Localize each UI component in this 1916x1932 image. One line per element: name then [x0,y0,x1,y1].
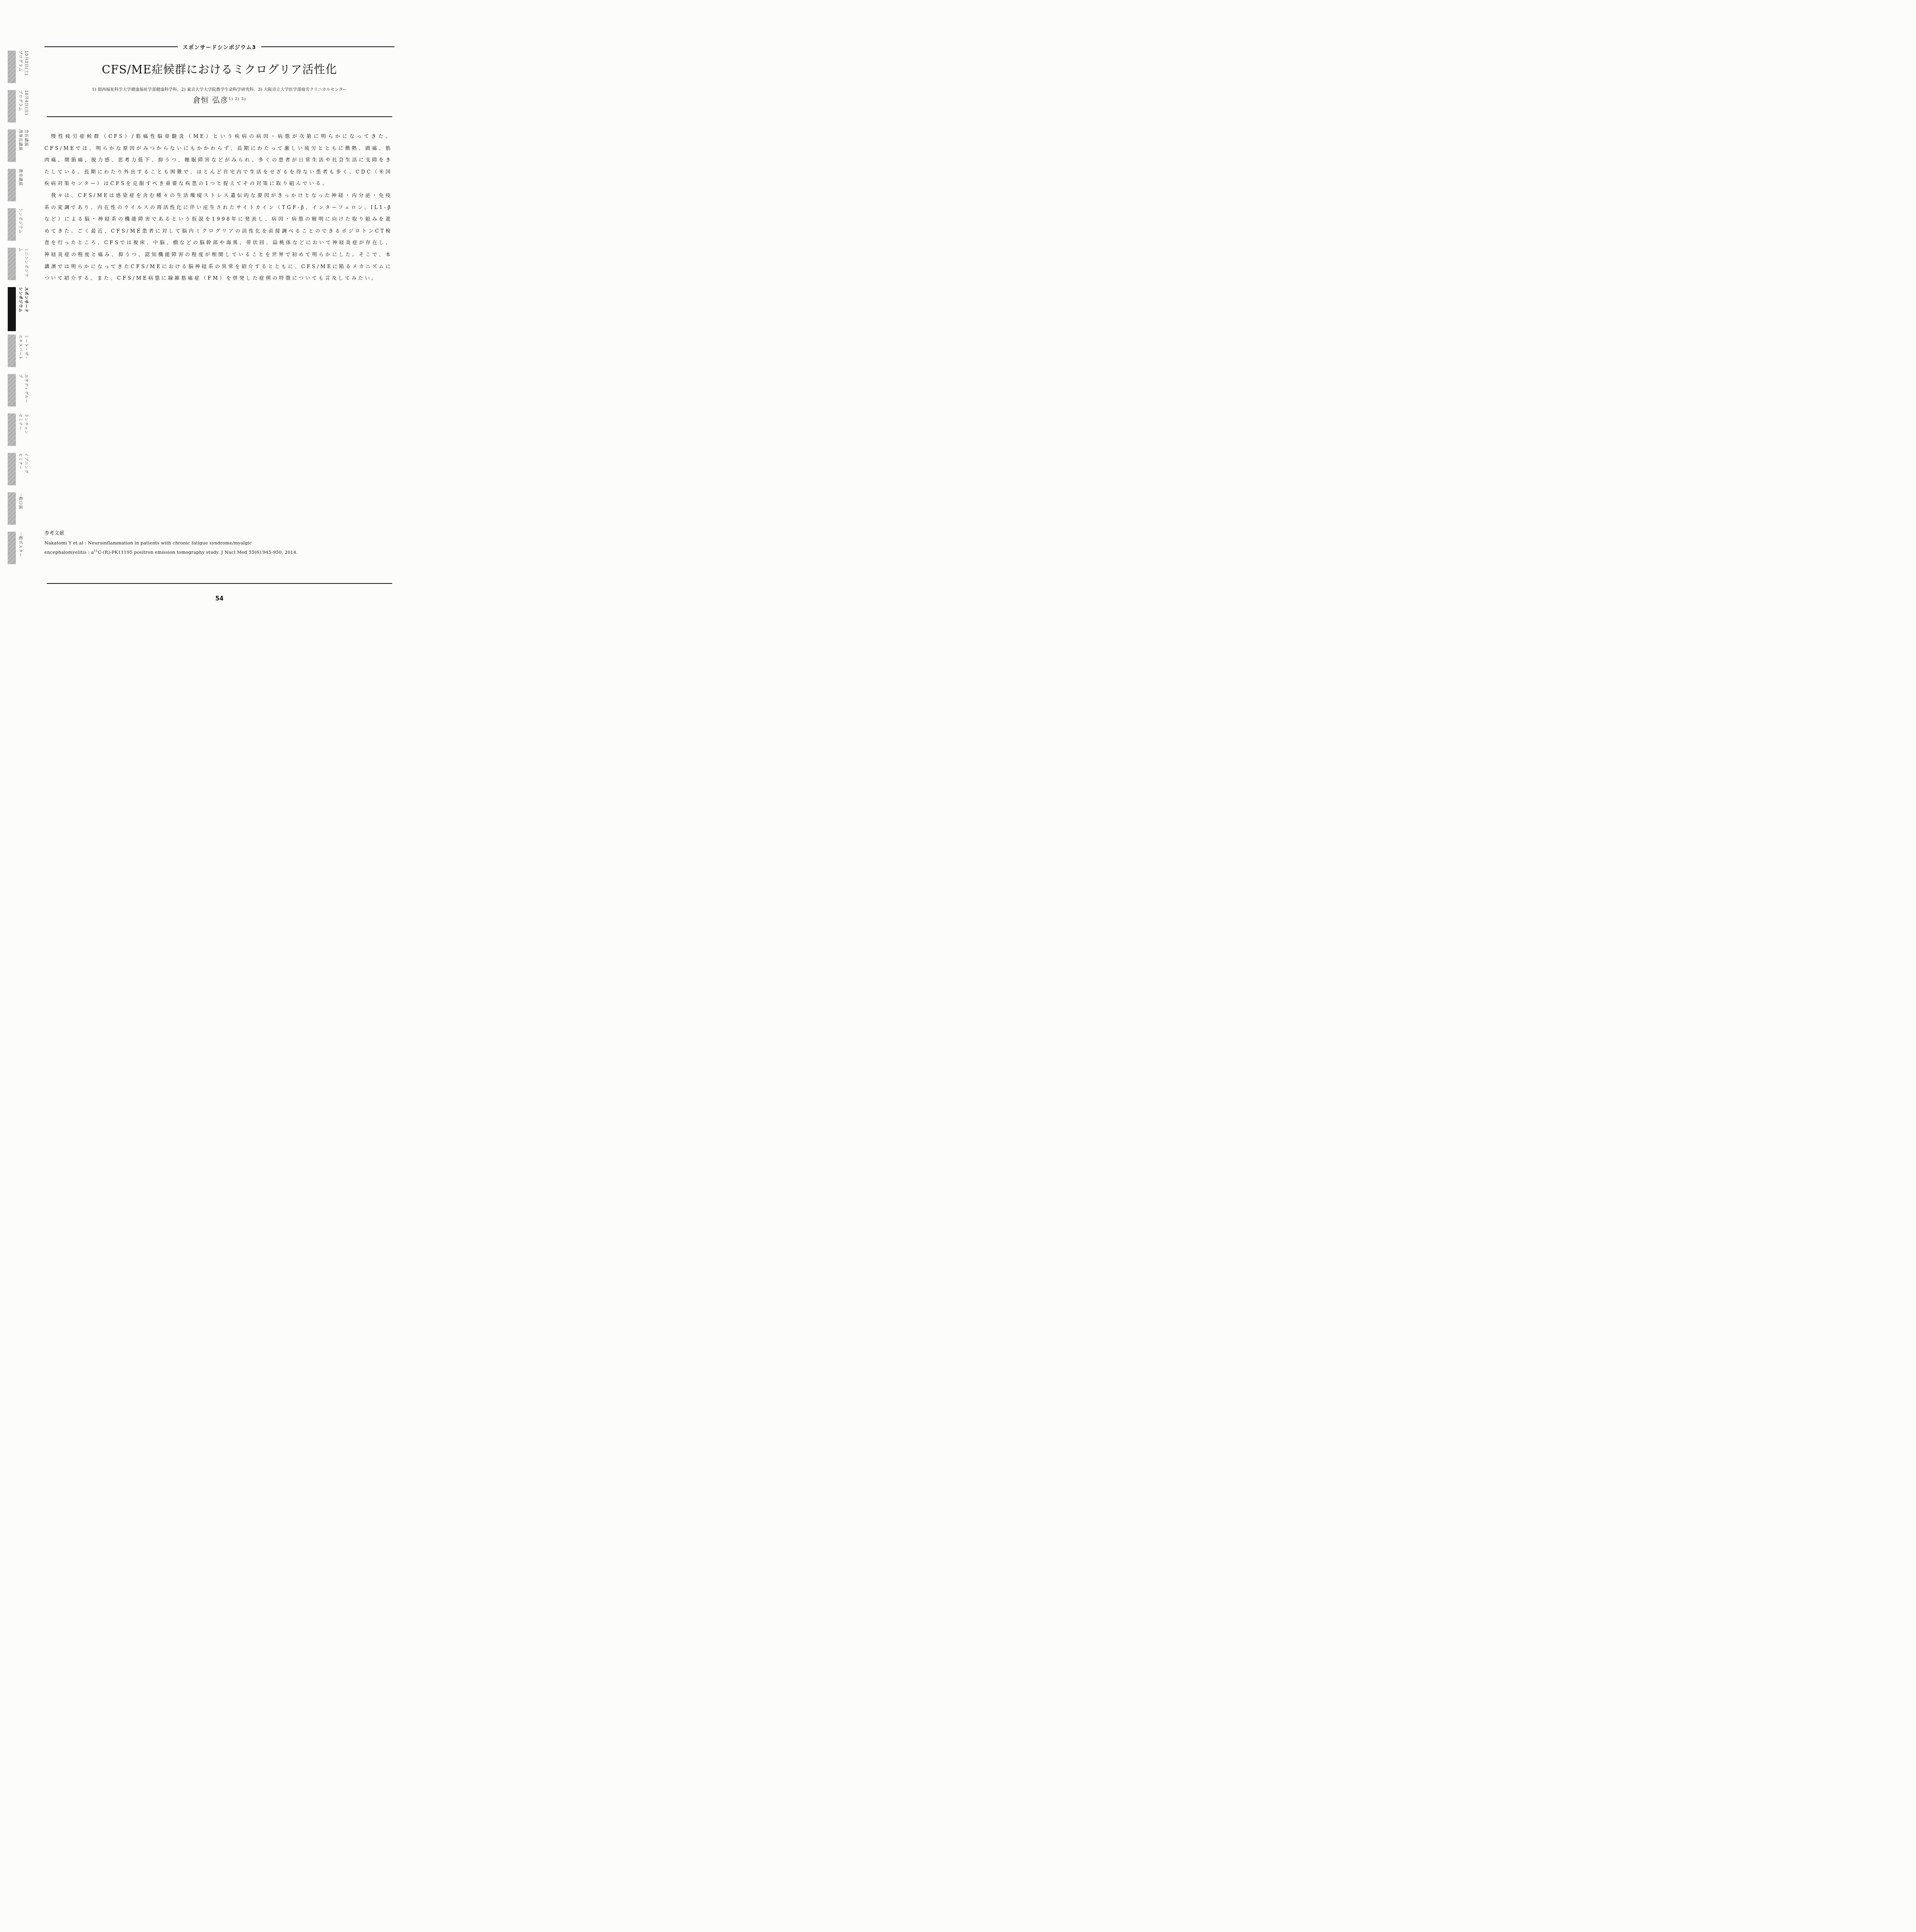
references-heading: 参考文献 [44,530,392,536]
tab-marker [8,335,16,367]
tab-label: ミニシンポジウム [17,248,29,280]
abstract-body: 慢性疲労症候群（CFS）/筋痛性脳脊髄炎（ME）という疾病の病因・病態が次第に明… [44,131,392,284]
sidebar-tab-oral-presentation: 一般口演 [8,492,23,525]
tab-marker [8,413,16,446]
tab-marker-active [8,287,16,331]
tab-label: 会長講演 [23,129,29,162]
tab-marker [8,51,16,83]
tab-marker [8,532,16,564]
tab-label-group: ミート・ザ・ エキスパート [17,335,29,367]
tab-marker [8,248,16,280]
tab-label: シンポジウム [17,208,23,241]
sidebar-tab-program-oct3: 10月3日(土) プログラム [8,51,29,83]
sidebar-tab-symposium: シンポジウム [8,208,23,241]
tab-label-group: ミニシンポジウム [17,248,29,280]
tab-label-group: 会長講演 理事長講演 [17,129,29,162]
sidebar-tab-presidential-lectures: 会長講演 理事長講演 [8,129,29,162]
reference-line-2-pre: encephalomyelitis : a [44,549,94,554]
sidebar-tab-meet-the-expert: ミート・ザ・ エキスパート [8,335,29,367]
reference-line-2: encephalomyelitis : a11C-(R)-PK11195 pos… [44,547,392,556]
sidebar-tab-poster-presentation: 一般ポスター [8,532,23,564]
page-content: スポンサードシンポジウム3 CFS/ME症候群におけるミクログリア活性化 1) … [44,0,394,614]
reference-line-2-post: C-(R)-PK11195 positron emission tomograp… [98,549,298,554]
tab-label: セミナー [17,413,23,446]
tab-label: シンポジウム [17,287,23,331]
tab-label-group: シンポジウム [17,208,23,241]
tab-marker [8,453,16,485]
sidebar-tab-sponsored-symposium-active: スポンサード シンポジウム [8,287,29,331]
tab-label: エキスパート [17,335,23,367]
tab-label-group: スタディグループ [17,374,29,406]
author-text: 倉恒 弘彦 [193,96,228,105]
tab-marker [8,129,16,162]
author-superscript: 1) 2) 3) [228,97,246,101]
tab-label: 10月3日(土) [23,51,29,83]
tab-label-group: 10月4日(日) プログラム [17,90,29,122]
tab-label: 一般ポスター [17,532,23,564]
tab-label: 理事長講演 [17,129,23,162]
sidebar-tab-luncheon-seminar: ランチョン セミナー [8,413,29,446]
tab-label: 10月4日(日) [23,90,29,122]
tab-label-group: スポンサード シンポジウム [17,287,29,331]
tab-marker [8,374,16,406]
tab-label-group: イブニング セミナー [17,453,29,485]
header-rule-right [261,46,394,47]
sidebar-tab-evening-seminar: イブニング セミナー [8,453,29,485]
tab-marker [8,90,16,122]
header-rule-left [44,46,178,47]
page-title: CFS/ME症候群におけるミクログリア活性化 [44,61,394,77]
sidebar-tab-study-group: スタディグループ [8,374,29,406]
tab-label: スタディグループ [17,374,29,406]
affiliations: 1) 関西福祉科学大学健康福祉学部健康科学科、2) 東京大学大学院農学生命科学研… [44,87,394,92]
sidebar-tab-mini-symposium: ミニシンポジウム [8,248,29,280]
tab-label: セミナー [17,453,23,485]
tab-label: イブニング [23,453,29,485]
references-section: 参考文献 Nakatomi Y et al : Neuroinflammatio… [44,530,392,556]
abstract-paragraph-2: 我々は、CFS/MEは感染症を含む種々の生活環境ストレス遺伝的な要因がきっかけと… [44,190,392,284]
tab-label-group: 教育講演 [17,169,23,201]
tab-label-group: 10月3日(土) プログラム [17,51,29,83]
tab-label-group: 一般口演 [17,492,23,525]
footer-divider [47,583,392,584]
tab-label: スポンサード [23,287,29,331]
sidebar-tab-educational-lecture: 教育講演 [8,169,23,201]
sidebar-index: 10月3日(土) プログラム 10月4日(日) プログラム 会長講演 理事長講演… [0,0,39,614]
tab-marker [8,208,16,241]
tab-label-group: ランチョン セミナー [17,413,29,446]
reference-line-1: Nakatomi Y et al : Neuroinflammation in … [44,539,392,547]
author-name: 倉恒 弘彦1) 2) 3) [44,95,394,105]
section-header-label: スポンサードシンポジウム3 [183,43,256,51]
tab-label: 一般口演 [17,492,23,525]
tab-label: ミート・ザ・ [23,335,29,367]
tab-marker [8,169,16,201]
sidebar-tab-program-oct4: 10月4日(日) プログラム [8,90,29,122]
tab-label-group: 一般ポスター [17,532,23,564]
tab-label: プログラム [17,90,23,122]
scanned-abstract-page: { "page": { "header_label": "スポンサードシンポジウ… [0,0,434,614]
abstract-paragraph-1: 慢性疲労症候群（CFS）/筋痛性脳脊髄炎（ME）という疾病の病因・病態が次第に明… [44,131,392,190]
page-number: 54 [44,595,394,602]
section-header-band: スポンサードシンポジウム3 [44,43,394,51]
tab-label: ランチョン [23,413,29,446]
reference-isotope-superscript: 11 [94,549,98,553]
tab-label: 教育講演 [17,169,23,201]
tab-marker [8,492,16,525]
title-block-divider [47,116,392,117]
tab-label: プログラム [17,51,23,83]
